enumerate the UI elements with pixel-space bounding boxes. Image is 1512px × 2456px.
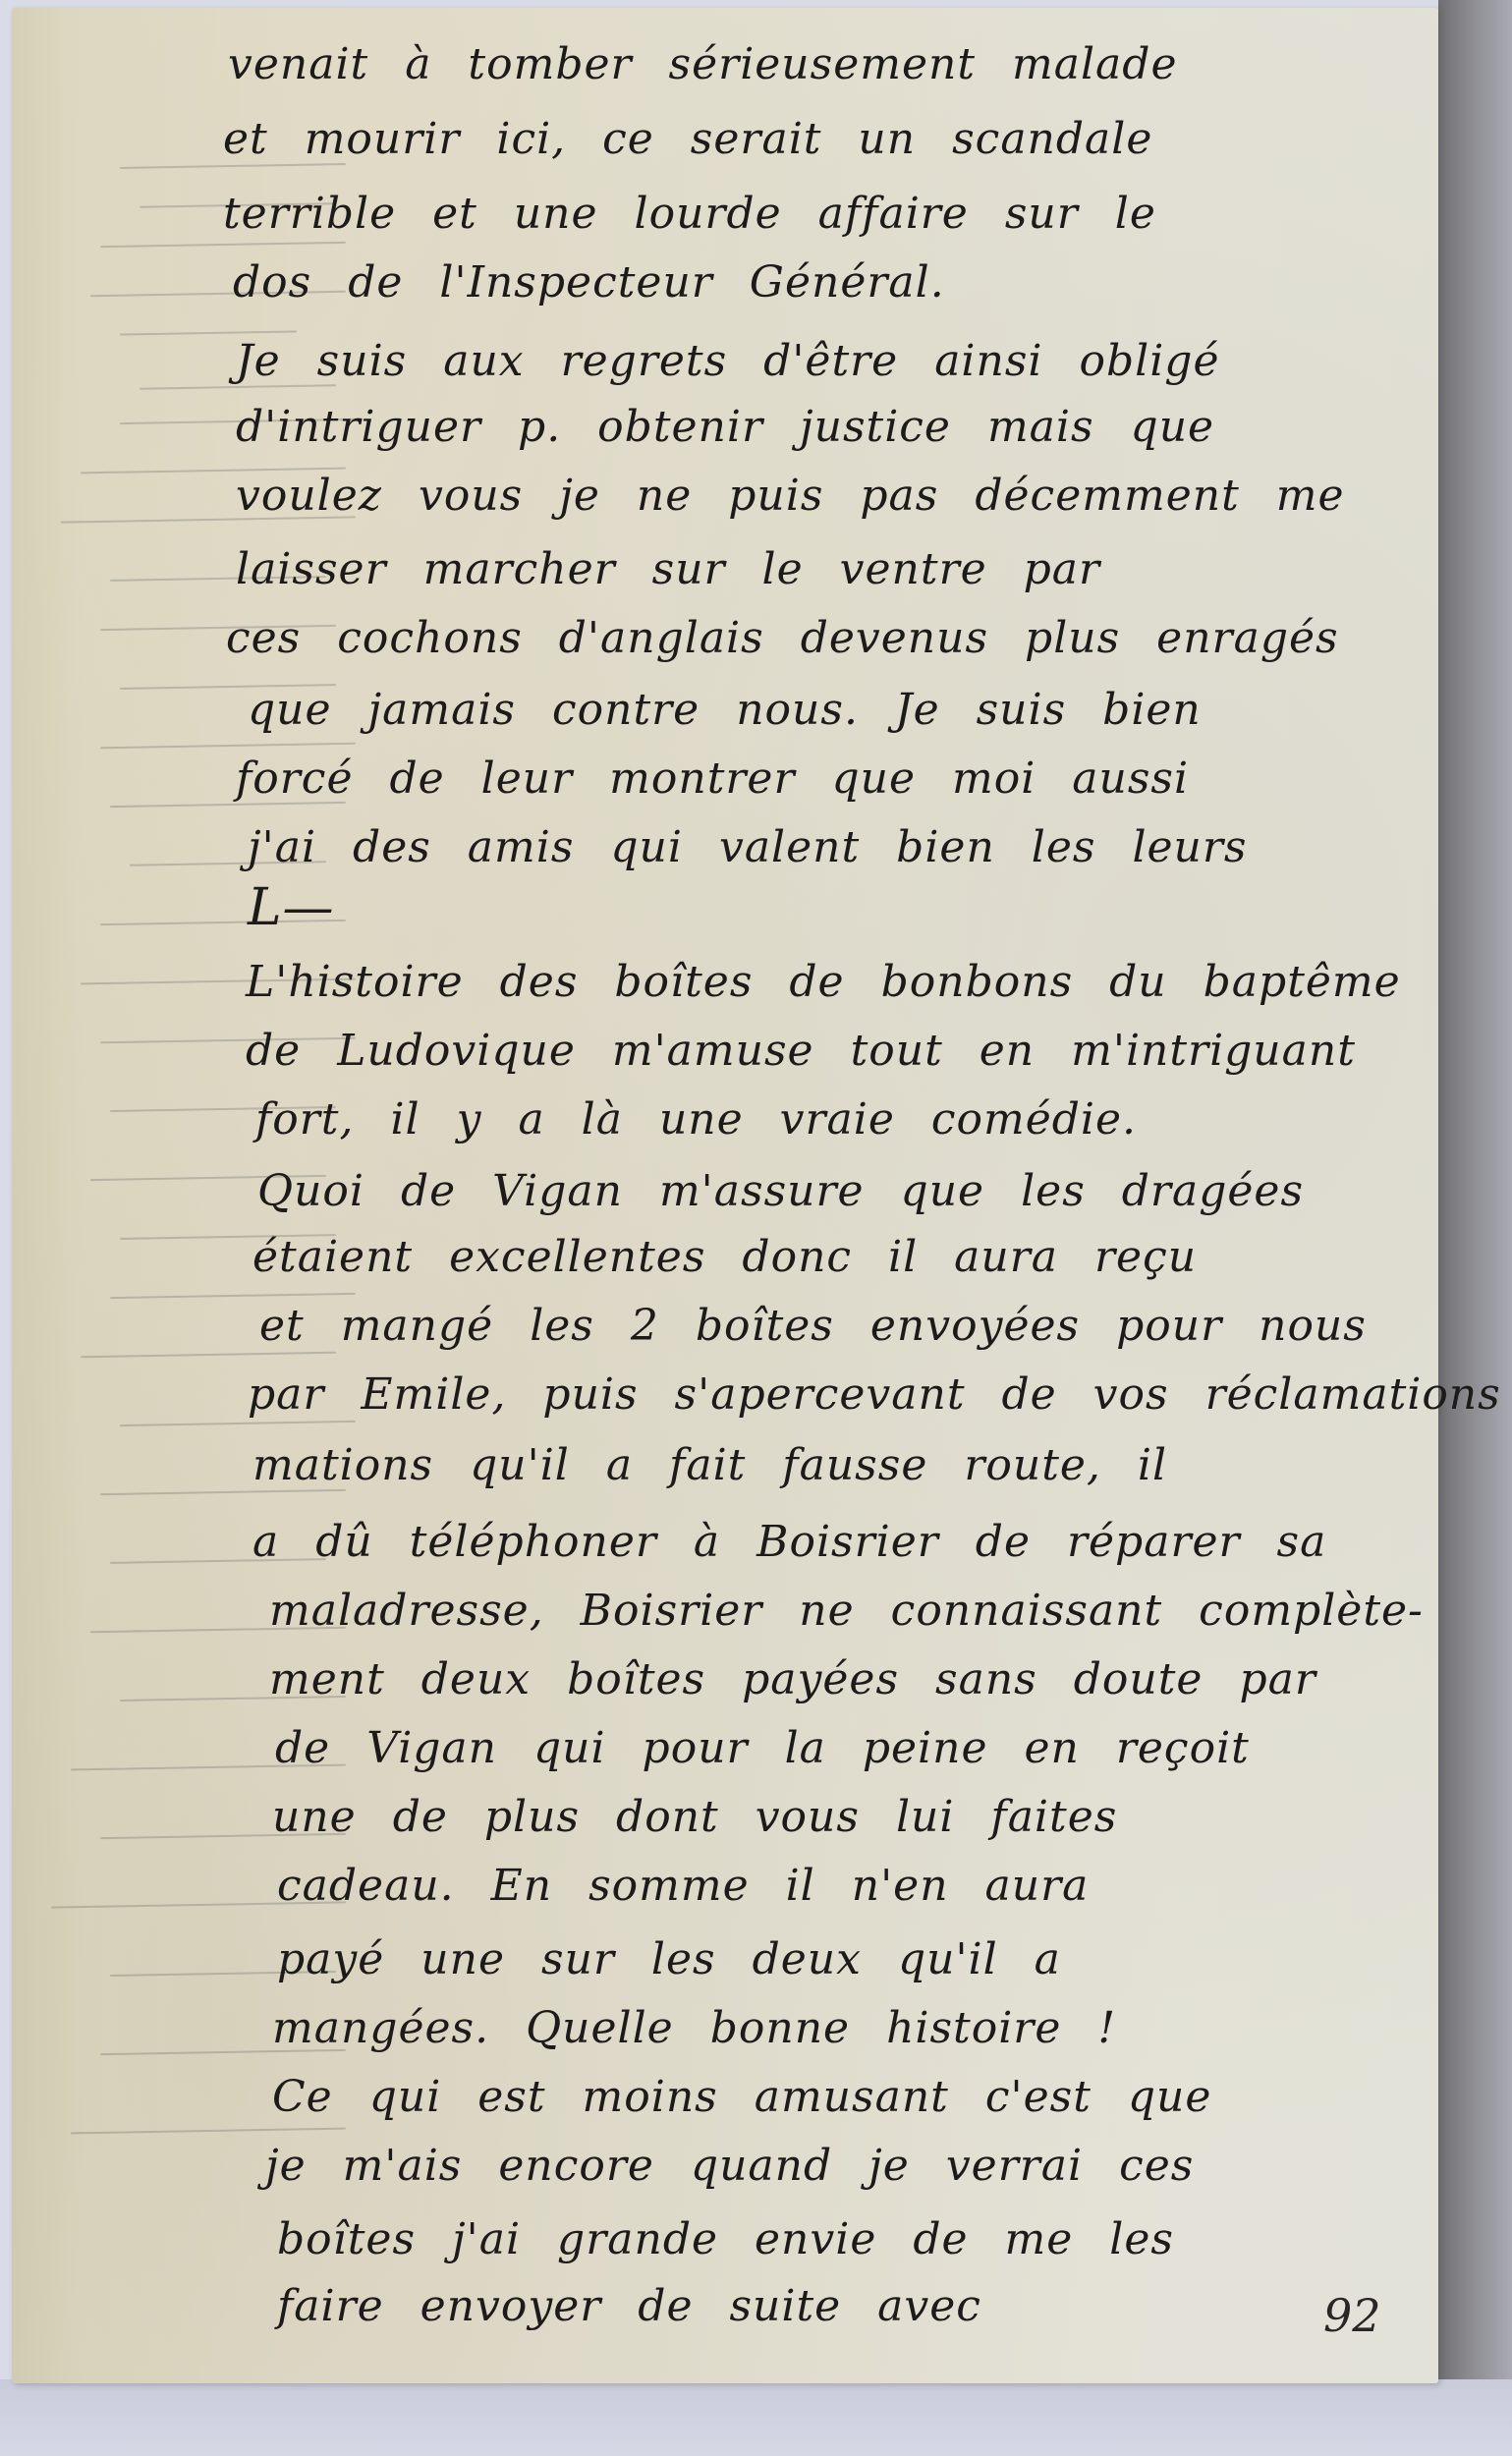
letter-line: faire envoyer de suite avec [277,2285,981,2328]
letter-line: venait à tomber sérieusement malade [228,43,1178,86]
letter-page: venait à tomber sérieusement malade et m… [12,8,1438,2383]
letter-line: et mourir ici, ce serait un scandale [223,118,1152,161]
letter-line: de Ludovique m'amuse tout en m'intriguan… [246,1030,1356,1073]
letter-line: Quoi de Vigan m'assure que les dragées [257,1170,1304,1213]
letter-line: boîtes j'ai grande envie de me les [277,2218,1174,2261]
backdrop-surface-right [1438,0,1512,2456]
letter-line: j'ai des amis qui valent bien les leurs [248,826,1248,869]
letter-line: voulez vous je ne puis pas décemment me [236,474,1345,518]
letter-line: ces cochons d'anglais devenus plus enrag… [226,617,1339,660]
letter-line: fort, il y a là une vraie comédie. [255,1098,1137,1142]
letter-line: cadeau. En somme il n'en aura [277,1865,1089,1908]
letter-line: d'intriguer p. obtenir justice mais que [236,406,1214,449]
letter-line: L'histoire des boîtes de bonbons du bapt… [246,961,1401,1004]
letter-line: laisser marcher sur le ventre par [236,548,1100,591]
letter-line: mangées. Quelle bonne histoire ! [272,2007,1116,2050]
letter-line: que jamais contre nous. Je suis bien [248,689,1202,732]
page-number: 92 [1323,2289,1381,2342]
letter-line: terrible et une lourde affaire sur le [223,193,1156,236]
letter-line: maladresse, Boisrier ne connaissant comp… [269,1590,1424,1633]
letter-line: a dû téléphoner à Boisrier de réparer sa [252,1521,1326,1564]
letter-line: de Vigan qui pour la peine en reçoit [275,1727,1250,1770]
closing-mark: L— [248,882,335,933]
letter-line: dos de l'Inspecteur Général. [233,261,945,305]
letter-line: étaient excellentes donc il aura reçu [252,1236,1197,1279]
letter-line: je m'ais encore quand je verrai ces [265,2145,1194,2188]
backdrop-surface-bottom [0,2379,1512,2456]
letter-line: payé une sur les deux qu'il a [277,1938,1061,1982]
letter-line: forcé de leur montrer que moi aussi [236,757,1189,801]
letter-line: ment deux boîtes payées sans doute par [269,1658,1316,1702]
letter-line: par Emile, puis s'apercevant de vos récl… [248,1373,1501,1417]
letter-line: et mangé les 2 boîtes envoyées pour nous [259,1305,1367,1348]
letter-line: mations qu'il a fait fausse route, il [252,1444,1167,1487]
letter-body: venait à tomber sérieusement malade et m… [12,8,1438,2383]
letter-line: une de plus dont vous lui faites [272,1796,1117,1839]
letter-line: Je suis aux regrets d'être ainsi obligé [236,340,1219,383]
letter-line: Ce qui est moins amusant c'est que [272,2076,1211,2119]
